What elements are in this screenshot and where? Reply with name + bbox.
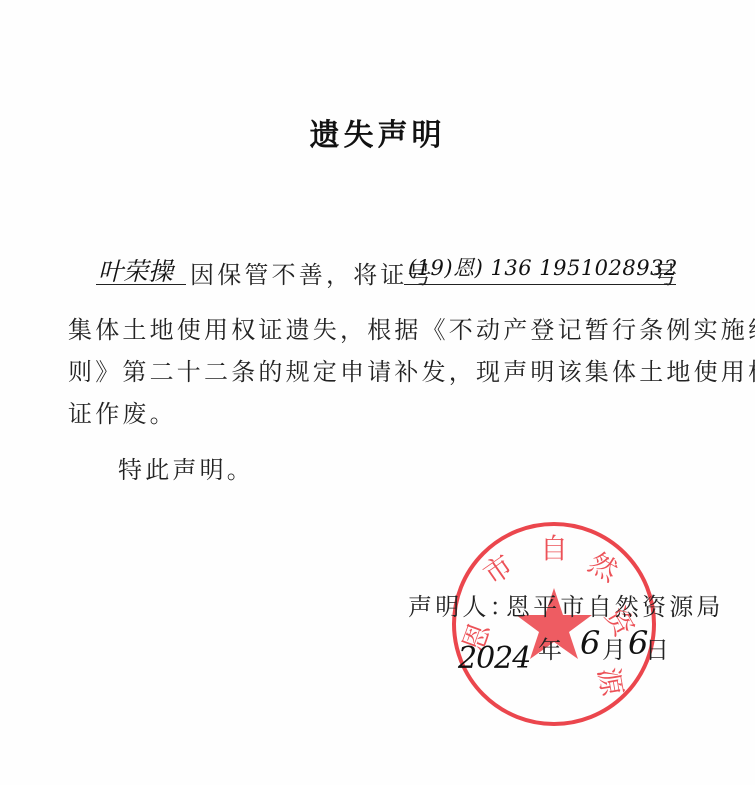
svg-text:然: 然 (583, 546, 625, 589)
month-label: 月 (602, 630, 629, 665)
handwritten-month: 6 (580, 624, 604, 662)
year-label: 年 (538, 630, 565, 665)
name-underline (96, 284, 186, 285)
handwritten-year: 2024 (458, 641, 530, 676)
paragraph-line-4: 证作废。 (68, 394, 177, 429)
closing-statement: 特此声明。 (118, 450, 254, 485)
paragraph-line-2: 集体土地使用权证遗失，根据《不动产登记暂行条例实施细 (68, 310, 755, 345)
handwritten-cert-number: (19)恩) 136 1951028932 (408, 252, 678, 282)
cert-underline (404, 284, 676, 285)
document-title: 遗失声明 (0, 110, 755, 154)
declarant-label: 声明人： (408, 587, 517, 622)
handwritten-name: 叶荣操 (98, 252, 173, 288)
paragraph-line-3: 则》第二十二条的规定申请补发，现声明该集体土地使用权 (68, 352, 755, 387)
svg-text:自: 自 (540, 532, 568, 565)
declarant-org: 恩平市自然资源局 (506, 587, 724, 622)
document-page: 遗失声明 叶荣操 因保管不善，将证号 (19)恩) 136 1951028932… (0, 0, 755, 785)
day-label: 日 (645, 630, 672, 665)
paragraph-line-1: 因保管不善，将证号 (190, 255, 435, 290)
